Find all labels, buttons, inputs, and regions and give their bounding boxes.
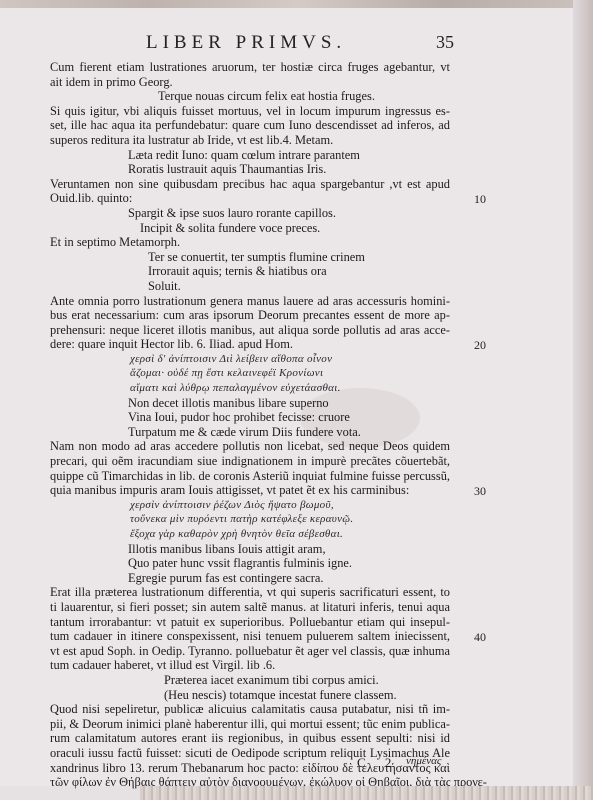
- line-number: 30: [474, 484, 486, 499]
- prose-line: bus erat necessarium: cum aras ipsorum D…: [50, 308, 450, 323]
- prose-line: Veruntamen non sine quibusdam precibus h…: [50, 177, 450, 192]
- greek-verse-line: ἔξοχα γὰρ καθαρὸν χρὴ θνητὸν θεῖα σέβεσθ…: [50, 527, 450, 542]
- folio-number: 35: [436, 32, 454, 53]
- prose-line: pii, & Deorum inimici planè haberentur i…: [50, 717, 450, 732]
- prose-line: Et in septimo Metamorph.: [50, 235, 450, 250]
- line-number: 40: [474, 630, 486, 645]
- prose-line: vt est apud Soph. in Oedip. Tyranno. pol…: [50, 644, 450, 659]
- latin-verse-line: Roratis lustrauit aquis Thaumantias Iris…: [50, 162, 450, 177]
- latin-verse-line: Non decet illotis manibus libare superno: [50, 396, 450, 411]
- book-right-edge: [573, 0, 593, 800]
- greek-verse-line: αἵματι καὶ λύθρῳ πεπαλαγμένον εὐχετάασθα…: [50, 381, 450, 396]
- greek-verse-line: χερσὶν ἀνίπτοισιν ῥέζων Διὸς ἥψατο βωμοῦ…: [50, 498, 450, 513]
- prose-line: Quod nisi sepeliretur, publicæ alicuius …: [50, 702, 450, 717]
- prose-line: superos reditura ita lustratur ab Iride,…: [50, 133, 450, 148]
- page-header: LIBER PRIMVS. 35: [0, 32, 573, 56]
- latin-verse-line: Spargit & ipse suos lauro rorante capill…: [50, 206, 450, 221]
- prose-line: rum calamitatum autores erant iis region…: [50, 731, 450, 746]
- prose-line: Si quis igitur, vbi aliquis fuisset mort…: [50, 104, 450, 119]
- latin-verse-line: Læta redit Iuno: quam cœlum intrare para…: [50, 148, 450, 163]
- greek-verse-line: τοὔνεκα μὶν πυρόεντι πατὴρ κατέφλεξε κερ…: [50, 512, 450, 527]
- prose-line: tum cadauer in itinere conspexissent, ni…: [50, 629, 450, 644]
- prose-line: prehensuri: neque liceret illotis manibu…: [50, 323, 450, 338]
- latin-verse-line: Illotis manibus libans Iouis attigit ara…: [50, 542, 450, 557]
- latin-verse-line: Irrorauit aquis; ternis & hiatibus ora: [50, 264, 450, 279]
- prose-line: Erat illa præterea lustrationum differen…: [50, 585, 450, 600]
- prose-line: quippe cũ Timarchidas in lib. de coronis…: [50, 469, 450, 484]
- latin-verse-line: (Heu nescis) totamque incestat funere cl…: [50, 688, 450, 703]
- prose-line: Nam non modo ad aras accedere pollutis n…: [50, 439, 450, 454]
- signature-mark: C 2: [357, 755, 399, 771]
- line-number: 20: [474, 338, 486, 353]
- greek-verse-line: χερσὶ δ' ἀνίπτοισιν Διὶ λείβειν αἴθοπα ο…: [50, 352, 450, 367]
- line-number: 10: [474, 192, 486, 207]
- catchword: νημένας: [406, 755, 441, 767]
- prose-line: ait idem in primo Georg.: [50, 75, 450, 90]
- prose-line: Cum fierent etiam lustrationes aruorum, …: [50, 60, 450, 75]
- latin-verse-line: Ter se conuertit, ter sumptis flumine cr…: [50, 250, 450, 265]
- book-bottom-edge: [140, 786, 593, 800]
- body-text: Cum fierent etiam lustrationes aruorum, …: [50, 60, 450, 790]
- latin-verse-line: Terque nouas circum felix eat hostia fru…: [50, 89, 450, 104]
- latin-verse-line: Quo pater hunc vssit flagrantis fulminis…: [50, 556, 450, 571]
- prose-line: Ante omnia porro lustrationum genera man…: [50, 294, 450, 309]
- prose-line: dere: quare inquit Hector lib. 6. Iliad.…: [50, 337, 450, 352]
- prose-line: tantum irrorabantur: vt patuit ex superi…: [50, 615, 450, 630]
- book-page: LIBER PRIMVS. 35 Cum fierent etiam lustr…: [0, 8, 573, 786]
- prose-line: set, ille hac aqua ita perfundebatur: qu…: [50, 118, 450, 133]
- latin-verse-line: Soluit.: [50, 279, 450, 294]
- prose-line: Ouid.lib. quinto:: [50, 191, 450, 206]
- prose-line: ti lauarentur, si fieri posset; sin aute…: [50, 600, 450, 615]
- prose-line: tum cadauer haberet, vt illud est Virgil…: [50, 658, 450, 673]
- greek-verse-line: ἅζομαι· οὐδέ πῃ ἔστι κελαινεφέϊ Κρονίωνι: [50, 366, 450, 381]
- latin-verse-line: Egregie purum fas est contingere sacra.: [50, 571, 450, 586]
- prose-line: precari, qui oẽm iracundiam siue indigna…: [50, 454, 450, 469]
- running-title: LIBER PRIMVS.: [146, 32, 346, 54]
- latin-verse-line: Vina Ioui, pudor hoc prohibet fecisse: c…: [50, 410, 450, 425]
- prose-line: quia manibus impuris aram Iouis attigiss…: [50, 483, 450, 498]
- latin-verse-line: Turpatum me & cæde virum Diis fundere vo…: [50, 425, 450, 440]
- latin-verse-line: Incipit & solita fundere voce preces.: [50, 221, 450, 236]
- latin-verse-line: Præterea iacet exanimum tibi corpus amic…: [50, 673, 450, 688]
- book-top-edge: [0, 0, 593, 8]
